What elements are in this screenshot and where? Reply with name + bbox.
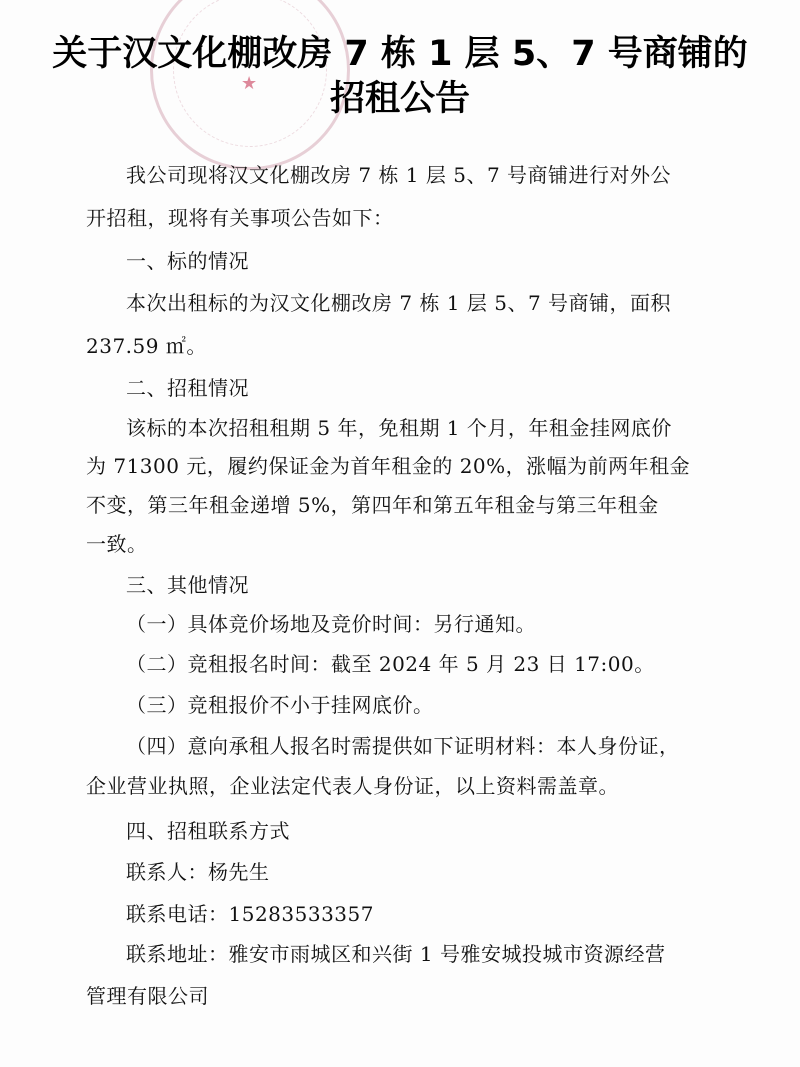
paragraph-line: 为 71300 元，履约保证金为首年租金的 20%，涨幅为前两年租金 bbox=[86, 450, 690, 479]
paragraph-line: 本次出租标的为汉文化棚改房 7 栋 1 层 5、7 号商铺，面积 bbox=[126, 287, 671, 316]
paragraph-line: 开招租，现将有关事项公告如下： bbox=[86, 202, 394, 231]
paragraph-line: 该标的本次招租租期 5 年，免租期 1 个月，年租金挂网底价 bbox=[126, 412, 672, 441]
document-title-line2: 招租公告 bbox=[0, 71, 800, 121]
document-title-line1: 关于汉文化棚改房 7 栋 1 层 5、7 号商铺的 bbox=[0, 26, 800, 76]
section-heading-2: 二、招租情况 bbox=[126, 372, 249, 401]
paragraph-line: 237.59 ㎡。 bbox=[86, 330, 207, 359]
list-item: （二）竞租报名时间：截至 2024 年 5 月 23 日 17:00。 bbox=[126, 648, 655, 677]
contact-phone: 联系电话：15283533357 bbox=[126, 898, 374, 927]
list-item: （四）意向承租人报名时需提供如下证明材料：本人身份证， bbox=[126, 730, 680, 759]
section-heading-3: 三、其他情况 bbox=[126, 569, 249, 598]
section-heading-1: 一、标的情况 bbox=[126, 245, 249, 274]
contact-address: 联系地址：雅安市雨城区和兴街 1 号雅安城投城市资源经营 bbox=[126, 938, 665, 967]
paragraph-line: 企业营业执照，企业法定代表人身份证，以上资料需盖章。 bbox=[86, 770, 619, 799]
paragraph-line: 不变，第三年租金递增 5%，第四年和第五年租金与第三年租金 bbox=[86, 489, 659, 518]
list-item: （一）具体竞价场地及竞价时间：另行通知。 bbox=[126, 608, 536, 637]
contact-address-cont: 管理有限公司 bbox=[86, 980, 209, 1009]
paragraph-line: 我公司现将汉文化棚改房 7 栋 1 层 5、7 号商铺进行对外公 bbox=[126, 159, 671, 188]
list-item: （三）竞租报价不小于挂网底价。 bbox=[126, 689, 434, 718]
contact-person: 联系人：杨先生 bbox=[126, 856, 270, 885]
paragraph-line: 一致。 bbox=[86, 528, 148, 557]
section-heading-4: 四、招租联系方式 bbox=[126, 815, 290, 844]
